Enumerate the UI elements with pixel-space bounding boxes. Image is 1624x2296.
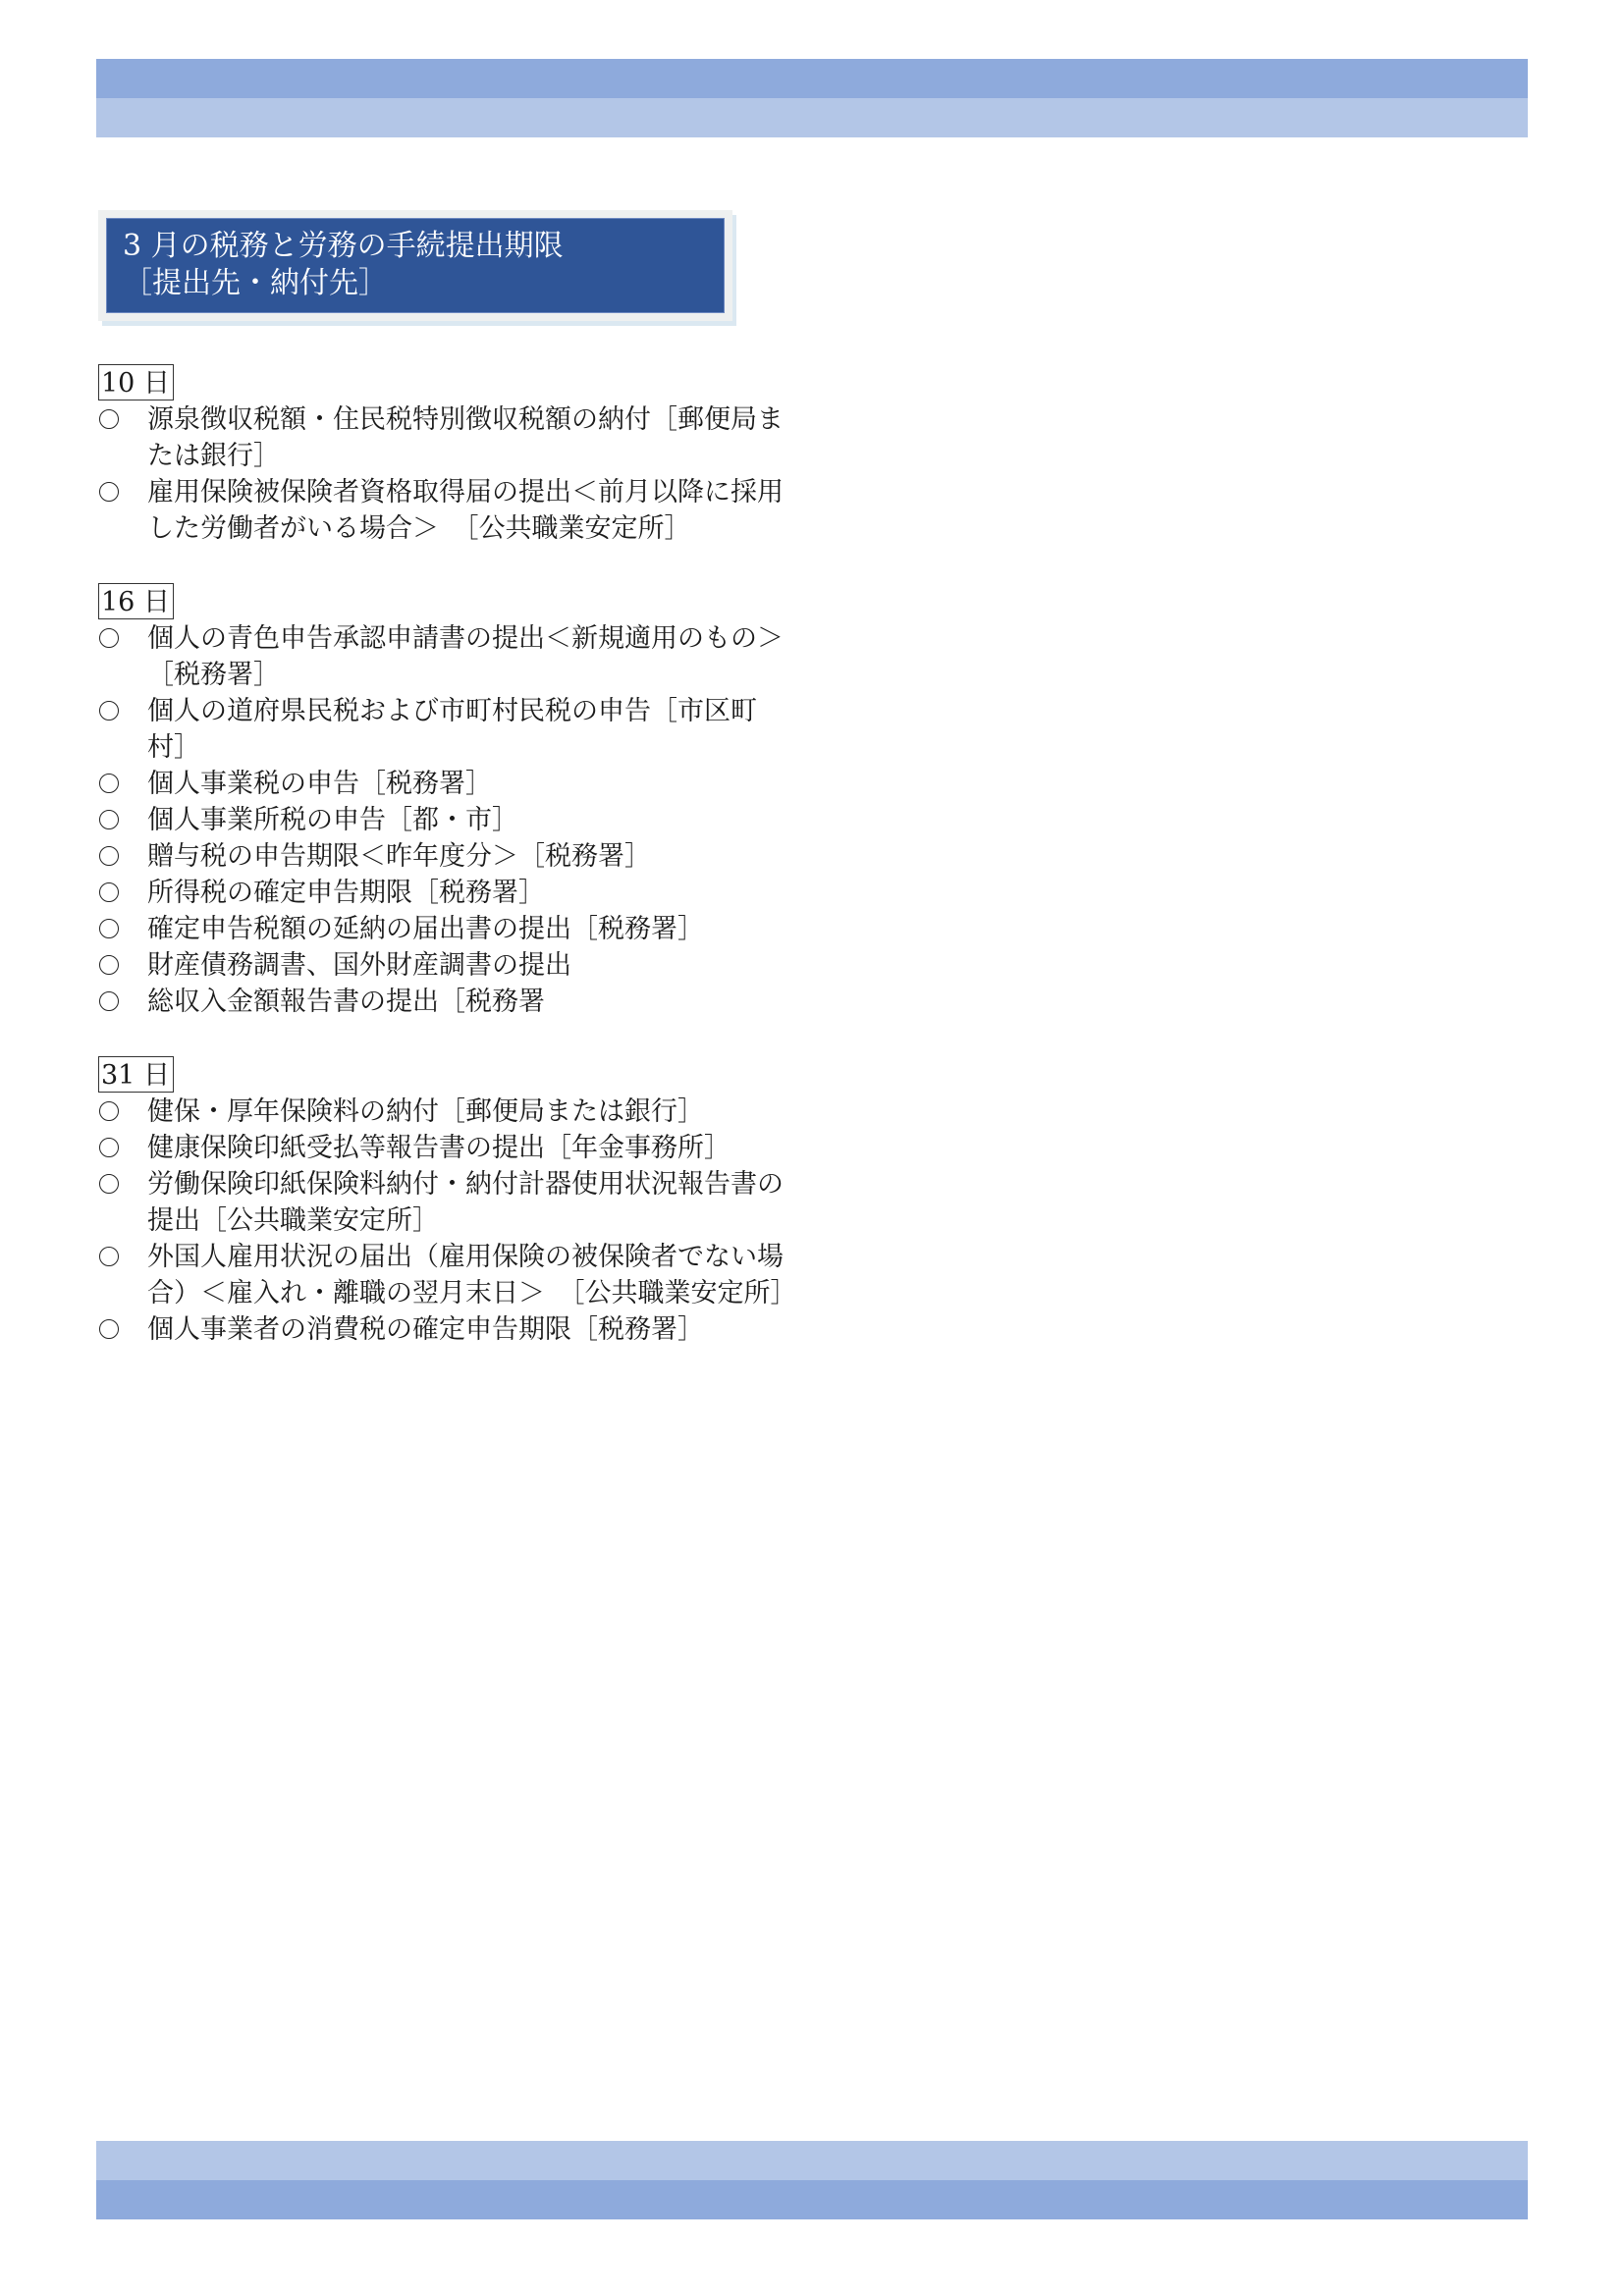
circle-bullet-icon <box>99 774 119 793</box>
list-item: 確定申告税額の延納の届出書の提出［税務署］ <box>98 911 785 947</box>
list-item: 雇用保険被保険者資格取得届の提出＜前月以降に採用した労働者がいる場合＞ ［公共職… <box>98 474 785 547</box>
circle-bullet-icon <box>99 628 119 648</box>
item-text: 個人事業所税の申告［都・市］ <box>147 802 785 838</box>
item-list: 個人の青色申告承認申請書の提出＜新規適用のもの＞［税務署］ 個人の道府県民税およ… <box>98 620 785 1020</box>
title-line-2: ［提出先・納付先］ <box>123 265 724 302</box>
day-label: 16 日 <box>98 583 174 619</box>
item-text: 財産債務調書、国外財産調書の提出 <box>147 947 785 984</box>
list-item: 個人事業所税の申告［都・市］ <box>98 802 785 838</box>
circle-bullet-icon <box>99 482 119 502</box>
circle-bullet-icon <box>99 1319 119 1339</box>
list-item: 労働保険印紙保険料納付・納付計器使用状況報告書の提出［公共職業安定所］ <box>98 1166 785 1239</box>
list-item: 個人の青色申告承認申請書の提出＜新規適用のもの＞［税務署］ <box>98 620 785 693</box>
item-text: 健保・厚年保険料の納付［郵便局または銀行］ <box>147 1094 785 1130</box>
deadline-list: 10 日 源泉徴収税額・住民税特別徴収税額の納付［郵便局または銀行］ 雇用保険被… <box>98 364 785 1384</box>
item-list: 源泉徴収税額・住民税特別徴収税額の納付［郵便局または銀行］ 雇用保険被保険者資格… <box>98 401 785 547</box>
item-text: 贈与税の申告期限＜昨年度分＞［税務署］ <box>147 838 785 875</box>
circle-bullet-icon <box>99 1247 119 1266</box>
item-text: 雇用保険被保険者資格取得届の提出＜前月以降に採用した労働者がいる場合＞ ［公共職… <box>147 474 785 547</box>
section-day-16: 16 日 個人の青色申告承認申請書の提出＜新規適用のもの＞［税務署］ 個人の道府… <box>98 583 785 1020</box>
header-band-light <box>96 98 1528 137</box>
circle-bullet-icon <box>99 919 119 938</box>
list-item: 源泉徴収税額・住民税特別徴収税額の納付［郵便局または銀行］ <box>98 401 785 474</box>
item-text: 個人事業者の消費税の確定申告期限［税務署］ <box>147 1311 785 1348</box>
circle-bullet-icon <box>99 810 119 829</box>
list-item: 個人事業者の消費税の確定申告期限［税務署］ <box>98 1311 785 1348</box>
item-text: 個人事業税の申告［税務署］ <box>147 766 785 802</box>
list-item: 財産債務調書、国外財産調書の提出 <box>98 947 785 984</box>
circle-bullet-icon <box>99 846 119 866</box>
footer-band-light <box>96 2141 1528 2180</box>
circle-bullet-icon <box>99 701 119 721</box>
list-item: 贈与税の申告期限＜昨年度分＞［税務署］ <box>98 838 785 875</box>
page-title: 3 月の税務と労務の手続提出期限 ［提出先・納付先］ <box>106 218 725 313</box>
item-text: 源泉徴収税額・住民税特別徴収税額の納付［郵便局または銀行］ <box>147 401 785 474</box>
list-item: 個人の道府県民税および市町村民税の申告［市区町村］ <box>98 693 785 766</box>
list-item: 外国人雇用状況の届出（雇用保険の被保険者でない場合）＜雇入れ・離職の翌月末日＞ … <box>98 1239 785 1311</box>
item-text: 労働保険印紙保険料納付・納付計器使用状況報告書の提出［公共職業安定所］ <box>147 1166 785 1239</box>
item-text: 個人の青色申告承認申請書の提出＜新規適用のもの＞［税務署］ <box>147 620 785 693</box>
circle-bullet-icon <box>99 991 119 1011</box>
item-text: 個人の道府県民税および市町村民税の申告［市区町村］ <box>147 693 785 766</box>
list-item: 健康保険印紙受払等報告書の提出［年金事務所］ <box>98 1130 785 1166</box>
item-list: 健保・厚年保険料の納付［郵便局または銀行］ 健康保険印紙受払等報告書の提出［年金… <box>98 1094 785 1348</box>
list-item: 総収入金額報告書の提出［税務署 <box>98 984 785 1020</box>
list-item: 個人事業税の申告［税務署］ <box>98 766 785 802</box>
item-text: 総収入金額報告書の提出［税務署 <box>147 984 785 1020</box>
circle-bullet-icon <box>99 882 119 902</box>
day-label: 10 日 <box>98 364 174 400</box>
circle-bullet-icon <box>99 1174 119 1194</box>
list-item: 所得税の確定申告期限［税務署］ <box>98 875 785 911</box>
circle-bullet-icon <box>99 1101 119 1121</box>
header-band <box>96 59 1528 137</box>
header-band-dark <box>96 59 1528 98</box>
section-day-31: 31 日 健保・厚年保険料の納付［郵便局または銀行］ 健康保険印紙受払等報告書の… <box>98 1056 785 1348</box>
title-line-1: 3 月の税務と労務の手続提出期限 <box>123 229 564 263</box>
item-text: 外国人雇用状況の届出（雇用保険の被保険者でない場合）＜雇入れ・離職の翌月末日＞ … <box>147 1239 785 1311</box>
circle-bullet-icon <box>99 409 119 429</box>
item-text: 健康保険印紙受払等報告書の提出［年金事務所］ <box>147 1130 785 1166</box>
item-text: 所得税の確定申告期限［税務署］ <box>147 875 785 911</box>
title-frame: 3 月の税務と労務の手続提出期限 ［提出先・納付先］ <box>98 210 732 321</box>
day-label: 31 日 <box>98 1056 174 1093</box>
section-day-10: 10 日 源泉徴収税額・住民税特別徴収税額の納付［郵便局または銀行］ 雇用保険被… <box>98 364 785 547</box>
circle-bullet-icon <box>99 1138 119 1157</box>
list-item: 健保・厚年保険料の納付［郵便局または銀行］ <box>98 1094 785 1130</box>
footer-band-dark <box>96 2180 1528 2219</box>
footer-band <box>96 2141 1528 2219</box>
circle-bullet-icon <box>99 955 119 975</box>
item-text: 確定申告税額の延納の届出書の提出［税務署］ <box>147 911 785 947</box>
